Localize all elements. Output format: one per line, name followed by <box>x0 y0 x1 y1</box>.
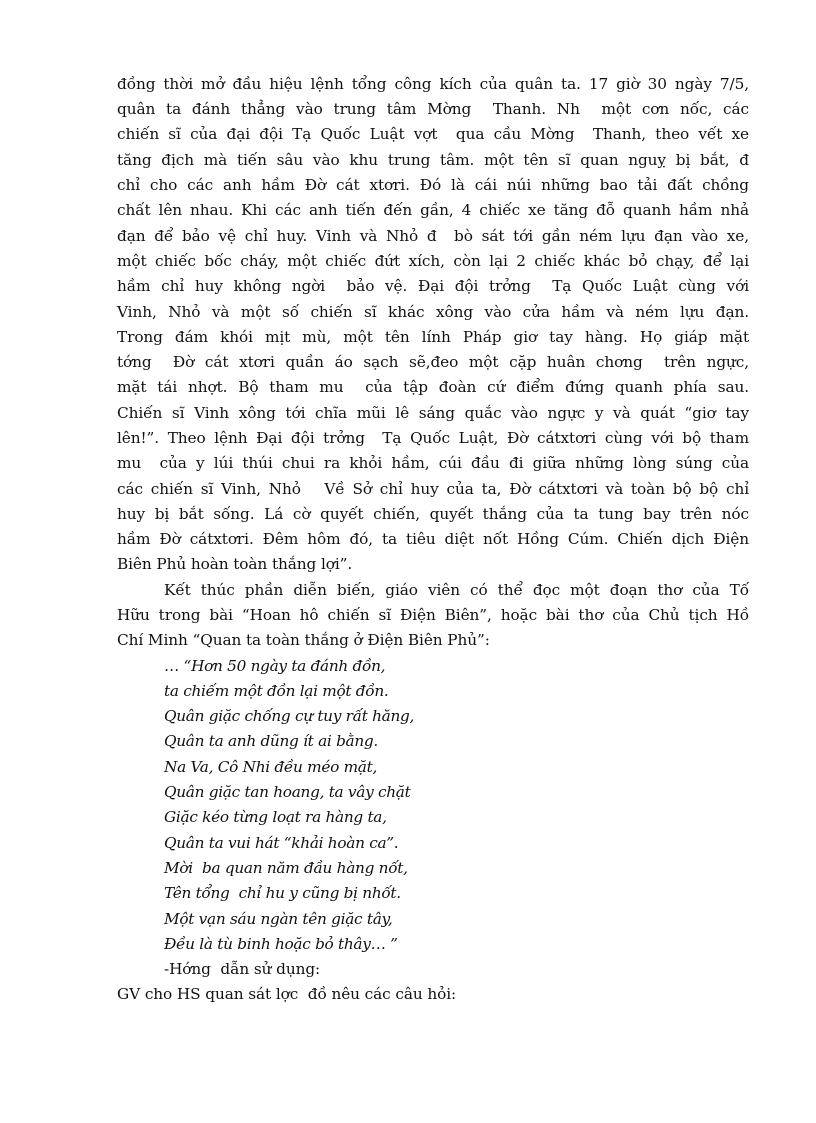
text-line: hầm Đờ cátxtơri. Đêm hôm đó, ta tiêu diệ… <box>117 527 749 552</box>
text-line: các chiến sĩ Vinh, Nhỏ Về Sở chỉ huy của… <box>117 477 749 502</box>
final-line: GV cho HS quan sát lợc đồ nêu các câu hỏ… <box>117 982 456 1007</box>
text-line: đồng thời mở đầu hiệu lệnh tổng công kíc… <box>117 72 749 97</box>
text-line: Hữu trong bài “Hoan hô chiến sĩ Điện Biê… <box>117 603 749 628</box>
text-line: huy bị bắt sống. Lá cờ quyết chiến, quyế… <box>117 502 749 527</box>
poem-line: Na Va, Cô Nhi đều méo mặt, <box>164 755 377 780</box>
text-line: chất lên nhau. Khi các anh tiến đến gần,… <box>117 198 749 223</box>
text-line: lên!”. Theo lệnh Đại đội trởng Tạ Quốc L… <box>117 426 749 451</box>
text-line: Biên Phủ hoàn toàn thắng lợi”. <box>117 552 352 577</box>
poem-line: Mời ba quan năm đầu hàng nốt, <box>164 856 408 881</box>
poem-line: Quân ta anh dũng ít ai bằng. <box>164 729 378 754</box>
poem-line: Tên tổng chỉ hu y cũng bị nhốt. <box>164 881 401 906</box>
poem-line: Đều là tù binh hoặc bỏ thây… ” <box>164 932 398 957</box>
poem-line: … “Hơn 50 ngày ta đánh đồn, <box>164 654 385 679</box>
text-line: Chí Minh “Quan ta toàn thắng ở Điện Biên… <box>117 628 490 653</box>
document-page: đồng thời mở đầu hiệu lệnh tổng công kíc… <box>0 0 816 1123</box>
poem-line: ta chiếm một đồn lại một đồn. <box>164 679 388 704</box>
usage-heading: -Hớng dẫn sử dụng: <box>164 957 320 982</box>
text-line: mu của y lúi thúi chui ra khỏi hầm, cúi … <box>117 451 749 476</box>
poem-line: Một vạn sáu ngàn tên giặc tây, <box>164 907 392 932</box>
text-line: chỉ cho các anh hầm Đờ cát xtơri. Đó là … <box>117 173 749 198</box>
poem-line: Quân giặc tan hoang, ta vây chặt <box>164 780 410 805</box>
poem-line: Giặc kéo từng loạt ra hàng ta, <box>164 805 387 830</box>
text-line: mặt tái nhợt. Bộ tham mu của tập đoàn cứ… <box>117 375 749 400</box>
text-line: đạn để bảo vệ chỉ huy. Vinh và Nhỏ đ bò … <box>117 224 749 249</box>
text-line: quân ta đánh thẳng vào trung tâm Mờng Th… <box>117 97 749 122</box>
text-line: hầm chỉ huy không ngời bảo vệ. Đại đội t… <box>117 274 749 299</box>
text-line: tăng địch mà tiến sâu vào khu trung tâm.… <box>117 148 749 173</box>
text-line: tớng Đờ cát xtơri quần áo sạch sẽ,đeo mộ… <box>117 350 749 375</box>
text-line: Kết thúc phần diễn biến, giáo viên có th… <box>164 578 749 603</box>
text-line: Trong đám khói mịt mù, một tên lính Pháp… <box>117 325 749 350</box>
text-line: Chiến sĩ Vinh xông tới chĩa mũi lê sáng … <box>117 401 749 426</box>
text-line: chiến sĩ của đại đội Tạ Quốc Luật vợt qu… <box>117 122 749 147</box>
poem-line: Quân ta vui hát “khải hoàn ca”. <box>164 831 398 856</box>
poem-line: Quân giặc chống cự tuy rất hăng, <box>164 704 414 729</box>
text-line: Vinh, Nhỏ và một số chiến sĩ khác xông v… <box>117 300 749 325</box>
text-line: một chiếc bốc cháy, một chiếc đứt xích, … <box>117 249 749 274</box>
